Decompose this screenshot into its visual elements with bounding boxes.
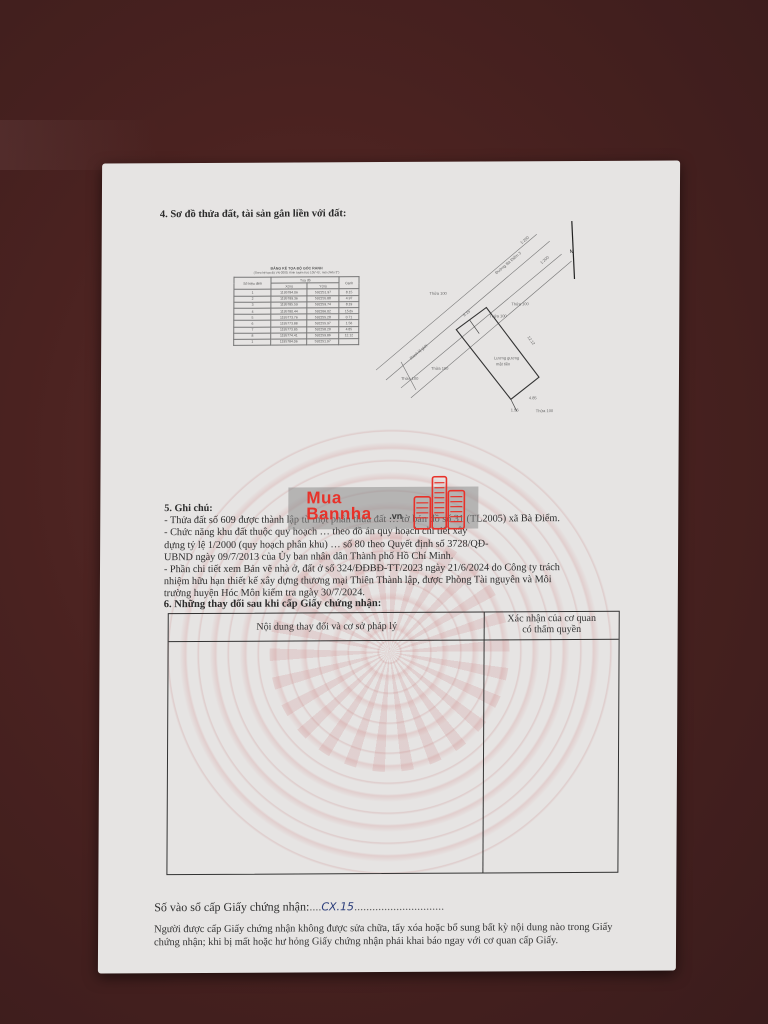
coordinate-table-subtitle: (Theo hệ tọa độ VN-2000, Kinh tuyến trục…	[234, 270, 360, 275]
watermark-line-2: Bannha	[306, 506, 371, 522]
section-4-title: 4. Sơ đồ thửa đất, tài sản gắn liền với …	[160, 208, 347, 220]
section-6-title: 6. Những thay đổi sau khi cấp Giấy chứng…	[164, 598, 381, 610]
land-plot-diagram: Thửa 100 Thửa 100 Thửa 100 Thửa 100 Thửa…	[371, 219, 582, 425]
label-setback: Ranh lộ giới	[409, 343, 429, 361]
label-neighbor-4: Thửa 100	[431, 366, 449, 371]
certificate-warning: Người được cấp Giấy chứng nhận không đượ…	[154, 921, 634, 950]
header-point: Số hiệu đỉnh	[234, 277, 271, 290]
label-neighbor-1: Thửa 100	[429, 291, 447, 296]
building-logo-icon	[410, 475, 470, 531]
dim-1: 12.12	[526, 335, 536, 347]
label-road: Đường Bà Điểm 3	[494, 250, 523, 275]
certificate-page: 4. Sơ đồ thửa đất, tài sản gắn liền với …	[98, 160, 680, 973]
north-arrow-icon: N	[570, 221, 575, 279]
label-neighbor-5: Thửa 100	[401, 376, 419, 381]
authority-line-2: có thẩm quyền	[485, 624, 619, 635]
muabannha-watermark: Mua Bannha .vn	[288, 487, 478, 530]
coordinate-cell-point: 1	[234, 339, 271, 345]
coordinate-cell-edge	[339, 339, 359, 345]
registration-value: CX.15	[321, 900, 354, 913]
svg-text:N: N	[570, 249, 574, 255]
label-scale-b: 1:200	[539, 254, 550, 265]
changes-header-authority: Xác nhận của cơ quan có thẩm quyền	[485, 614, 619, 636]
registration-number-line: Số vào sổ cấp Giấy chứng nhận:....CX.15.…	[154, 899, 444, 916]
label-lot-sub: mặt tiền	[496, 361, 510, 366]
label-neighbor-2: Thửa 100	[511, 301, 529, 306]
changes-header-row: Nội dung thay đổi và cơ sở pháp lý Xác n…	[169, 612, 619, 642]
registration-label: Số vào sổ cấp Giấy chứng nhận:	[154, 899, 309, 914]
watermark-suffix: .vn	[389, 511, 402, 521]
coordinate-row: 11195784.06592251.97	[234, 339, 359, 346]
label-neighbor-6: Thửa 100	[536, 408, 554, 413]
changes-table: Nội dung thay đổi và cơ sở pháp lý Xác n…	[166, 611, 619, 875]
label-scale-a: 1:250	[519, 234, 530, 245]
coordinate-table: BẢNG KÊ TỌA ĐỘ GÓC RANH (Theo hệ tọa độ …	[233, 266, 359, 346]
coordinate-cell-x: 1195784.06	[271, 339, 306, 345]
label-lot: Lương gương	[494, 355, 519, 360]
coordinate-cell-y: 592251.97	[306, 339, 339, 345]
dim-2: 8.15	[462, 308, 472, 317]
changes-header-content: Nội dung thay đổi và cơ sở pháp lý	[169, 620, 485, 633]
label-neighbor-3: Thửa 100	[489, 313, 507, 318]
lot-boundary	[456, 307, 539, 399]
dim-3: 4.85	[529, 395, 538, 400]
changes-left-column	[167, 612, 484, 874]
header-edge: Cạnh	[339, 277, 359, 289]
dim-4: 1.56	[511, 407, 520, 412]
